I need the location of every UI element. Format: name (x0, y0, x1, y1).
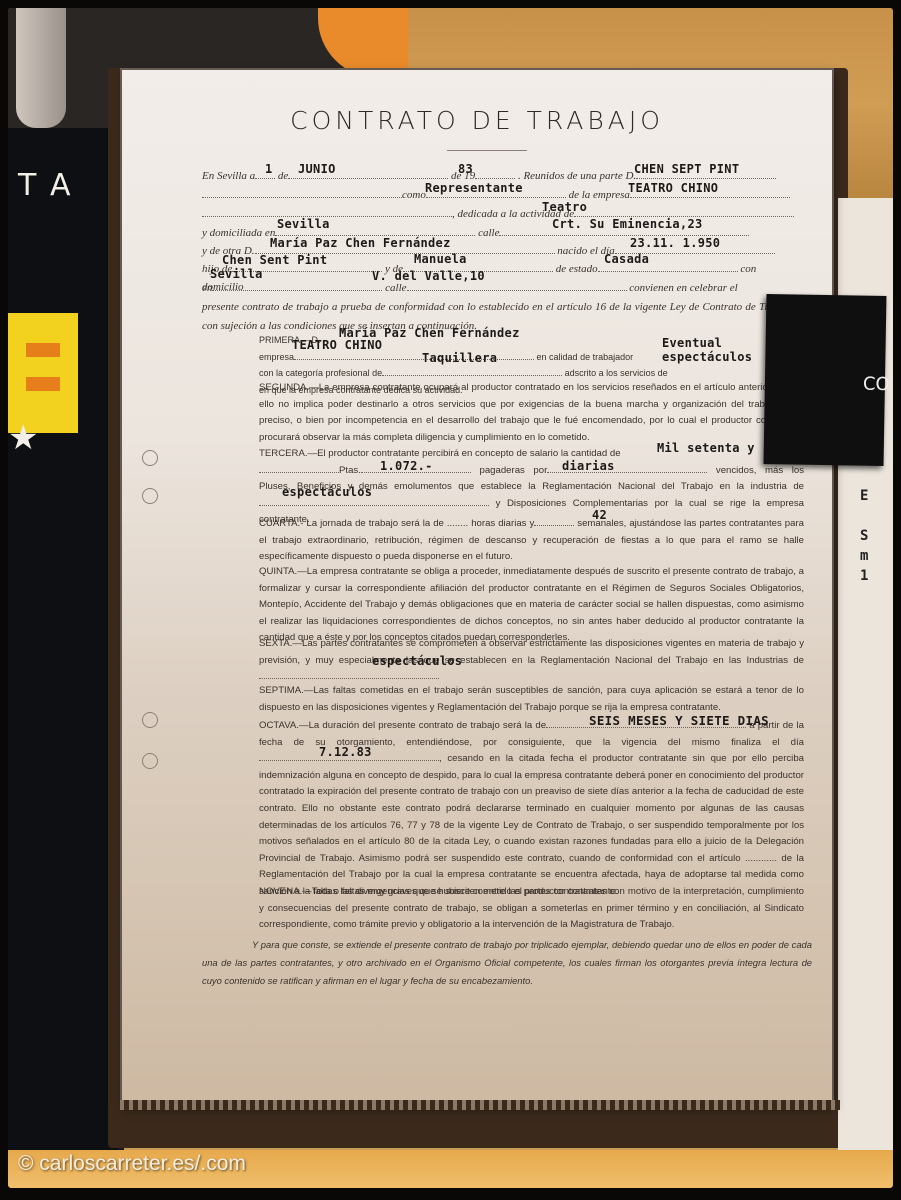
clause-novena: NOVENA.—Todas las divergencias que se su… (259, 884, 804, 934)
poster-figure-legs (16, 8, 66, 128)
document-title: CONTRATO DE TRABAJO (122, 112, 832, 130)
clause-segunda: SEGUNDA.—La empresa contratante ocupará … (259, 380, 804, 446)
field-role: Representante (425, 180, 523, 198)
field-employer-rep: CHEN SEPT PINT (634, 161, 739, 179)
punch-hole (142, 488, 158, 504)
field-category: Taquillera (422, 350, 497, 368)
book-spine-letters: TA (18, 168, 87, 203)
field-employee-name: María Paz Chen Fernández (270, 235, 451, 253)
title-underline (447, 150, 527, 151)
punch-hole (142, 712, 158, 728)
black-book: TA ★ (8, 128, 124, 1158)
binder-rail (120, 1100, 840, 1110)
copyright-watermark: © carloscarreter.es/.com (18, 1152, 246, 1176)
field-duration: SEIS MESES Y SIETE DIAS (589, 712, 769, 730)
field-company: TEATRO CHINO (628, 180, 718, 198)
book-yellow-e-graphic (8, 313, 78, 433)
field-employee-city: Sevilla (210, 266, 263, 284)
closing-paragraph: Y para que conste, se extiende el presen… (202, 936, 812, 990)
field-month: JUNIO (298, 161, 336, 179)
field-birth-date: 23.11. 1.950 (630, 235, 720, 253)
field-marital-status: Casada (604, 251, 649, 269)
field-pay-period: diarias (562, 458, 615, 476)
field-salary-amount: 1.072.- (380, 458, 433, 476)
star-icon: ★ (8, 418, 38, 458)
field-weekly-hours: 42 (592, 507, 607, 525)
field-primera-company: TEATRO CHINO (292, 337, 382, 355)
field-employee-street: V. del Valle,10 (372, 268, 485, 286)
field-company-street: Crt. Su Eminencia,23 (552, 216, 703, 234)
field-salary-words: Mil setenta y (657, 440, 755, 458)
black-card: CO (764, 294, 887, 466)
clause-quinta: QUINTA.—La empresa contratante se obliga… (259, 564, 804, 647)
contract-paper: CONTRATO DE TRABAJO En Sevilla a de de 1… (122, 70, 832, 1105)
punch-hole (142, 753, 158, 769)
clause-sexta: SEXTA.—Las partes contratantes se compro… (259, 636, 804, 686)
field-sexta-industry: espectáculos (372, 653, 462, 671)
punch-hole (142, 450, 158, 466)
field-domicile-city: Sevilla (277, 216, 330, 234)
field-tercera-industry: espectáculos (282, 484, 372, 502)
header-line-7: en calle convienen en celebrar el (202, 280, 797, 298)
field-mother: Manuela (414, 251, 467, 269)
field-activity: Teatro (542, 199, 587, 217)
field-services: espectáculos (662, 349, 752, 367)
field-day: 1 (265, 161, 273, 179)
field-year: 83 (458, 161, 473, 179)
clause-cuarta: CUARTA.- La jornada de trabajo será la d… (259, 516, 804, 566)
field-end-date: 7.12.83 (319, 744, 372, 762)
